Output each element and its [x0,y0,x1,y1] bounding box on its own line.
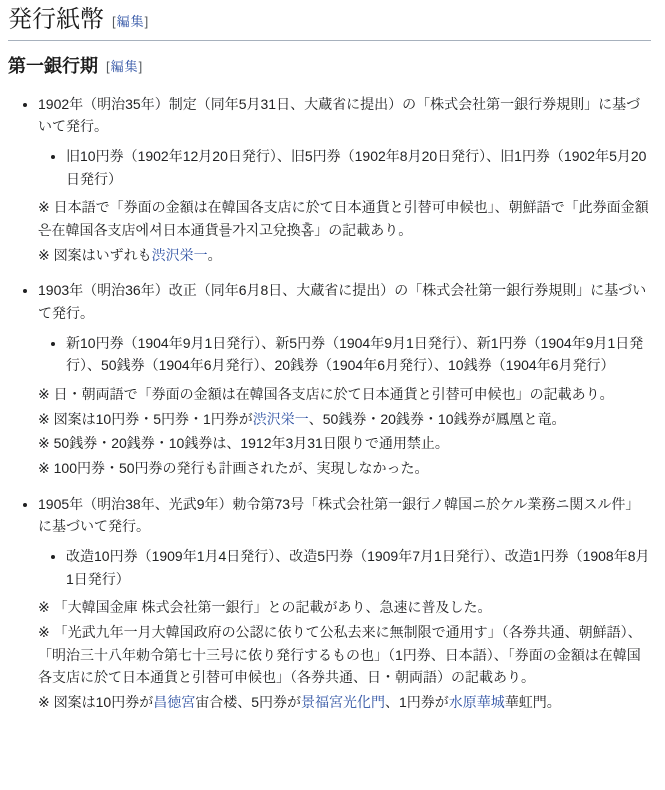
text-run: 、50銭券・20銭券・10銭券が鳳凰と竜。 [309,411,566,427]
text-run: 、1円券が [385,694,449,710]
text-run: ※ 50銭券・20銭券・10銭券は、1912年3月31日限りで通用禁止。 [38,435,449,451]
text-run: 旧10円券（1902年12月20日発行）、旧5円券（1902年8月20日発行）、… [66,148,646,187]
edit-section: [編集] [112,14,149,29]
edit-link[interactable]: 編集 [111,59,139,74]
subsection-heading-title: 第一銀行期 [8,56,98,76]
text-run: 。 [208,247,222,263]
list-item: 1903年（明治36年）改正（同年6月8日、大蔵省に提出）の「株式会社第一銀行券… [38,279,651,479]
text-run: ※ 100円券・50円券の発行も計画されたが、実現しなかった。 [38,460,429,476]
section-heading-title: 発行紙幣 [8,6,104,33]
edit-section: [編集] [106,59,143,74]
text-run: ※ 日・朝両語で「券面の金額は在韓国各支店に於て日本通貨と引替可申候也」の記載あ… [38,386,614,402]
text-run: ※ 「大韓国金庫 株式会社第一銀行」との記載があり、急速に普及した。 [38,599,492,615]
list-item-text: 1905年（明治38年、光武9年）勅令第73号「株式会社第一銀行ノ韓国ニ於ケル業… [38,496,639,535]
text-run: ※ 図案はいずれも [38,247,152,263]
article-content: 発行紙幣[編集] 第一銀行期[編集] 1902年（明治35年）制定（同年5月31… [0,0,665,737]
note-line: ※ 「光武九年一月大韓国政府の公認に依りて公私去来に無制限で通用す」（各券共通、… [38,621,651,689]
text-run: ※ 「光武九年一月大韓国政府の公認に依りて公私去来に無制限で通用す」（各券共通、… [38,624,642,685]
denomination-sublist: 改造10円券（1909年1月4日発行）、改造5円券（1909年7月1日発行）、改… [38,545,651,590]
edit-bracket-close: ] [139,59,144,74]
denomination-sublist: 新10円券（1904年9月1日発行）、新5円券（1904年9月1日発行）、新1円… [38,332,651,377]
wiki-link[interactable]: 景福宮光化門 [301,694,385,710]
text-run: 1902年（明治35年）制定（同年5月31日、大蔵省に提出）の「株式会社第一銀行… [38,96,640,135]
note-line: ※ 日・朝両語で「券面の金額は在韓国各支店に於て日本通貨と引替可申候也」の記載あ… [38,383,651,406]
text-run: 新10円券（1904年9月1日発行）、新5円券（1904年9月1日発行）、新1円… [66,335,643,374]
note-line: ※ 図案はいずれも渋沢栄一。 [38,244,651,267]
wiki-link[interactable]: 水原華城 [449,694,505,710]
text-run: 宙合楼、5円券が [195,694,301,710]
note-line: ※ 「大韓国金庫 株式会社第一銀行」との記載があり、急速に普及した。 [38,596,651,619]
list-item: 1905年（明治38年、光武9年）勅令第73号「株式会社第一銀行ノ韓国ニ於ケル業… [38,493,651,714]
text-run: ※ 図案は10円券・5円券・1円券が [38,411,253,427]
note-line: ※ 日本語で「券面の金額は在韓国各支店に於て日本通貨と引替可申候也」、朝鮮語で「… [38,196,651,241]
sublist-item: 改造10円券（1909年1月4日発行）、改造5円券（1909年7月1日発行）、改… [66,545,651,590]
text-run: 華虹門。 [505,694,561,710]
note-line: ※ 図案は10円券・5円券・1円券が渋沢栄一、50銭券・20銭券・10銭券が鳳凰… [38,408,651,431]
note-line: ※ 図案は10円券が昌徳宮宙合楼、5円券が景福宮光化門、1円券が水原華城華虹門。 [38,691,651,714]
list-item-text: 1902年（明治35年）制定（同年5月31日、大蔵省に提出）の「株式会社第一銀行… [38,96,640,135]
wiki-link[interactable]: 渋沢栄一 [152,247,208,263]
text-run: 改造10円券（1909年1月4日発行）、改造5円券（1909年7月1日発行）、改… [66,548,650,587]
text-run: 1903年（明治36年）改正（同年6月8日、大蔵省に提出）の「株式会社第一銀行券… [38,282,646,321]
edit-bracket-close: ] [145,14,150,29]
list-item-text: 1903年（明治36年）改正（同年6月8日、大蔵省に提出）の「株式会社第一銀行券… [38,282,646,321]
wiki-link[interactable]: 渋沢栄一 [253,411,309,427]
text-run: ※ 日本語で「券面の金額は在韓国各支店に於て日本通貨と引替可申候也」、朝鮮語で「… [38,199,649,238]
denomination-sublist: 旧10円券（1902年12月20日発行）、旧5円券（1902年8月20日発行）、… [38,145,651,190]
text-run: ※ 図案は10円券が [38,694,153,710]
list-item: 1902年（明治35年）制定（同年5月31日、大蔵省に提出）の「株式会社第一銀行… [38,93,651,267]
section-heading-issued-banknotes: 発行紙幣[編集] [8,4,651,41]
text-run: 1905年（明治38年、光武9年）勅令第73号「株式会社第一銀行ノ韓国ニ於ケル業… [38,496,639,535]
note-line: ※ 50銭券・20銭券・10銭券は、1912年3月31日限りで通用禁止。 [38,432,651,455]
banknote-issue-list: 1902年（明治35年）制定（同年5月31日、大蔵省に提出）の「株式会社第一銀行… [8,93,651,714]
edit-link[interactable]: 編集 [117,14,145,29]
wiki-link[interactable]: 昌徳宮 [153,694,195,710]
note-line: ※ 100円券・50円券の発行も計画されたが、実現しなかった。 [38,457,651,480]
subsection-heading-first-bank-period: 第一銀行期[編集] [8,55,651,78]
sublist-item: 旧10円券（1902年12月20日発行）、旧5円券（1902年8月20日発行）、… [66,145,651,190]
sublist-item: 新10円券（1904年9月1日発行）、新5円券（1904年9月1日発行）、新1円… [66,332,651,377]
